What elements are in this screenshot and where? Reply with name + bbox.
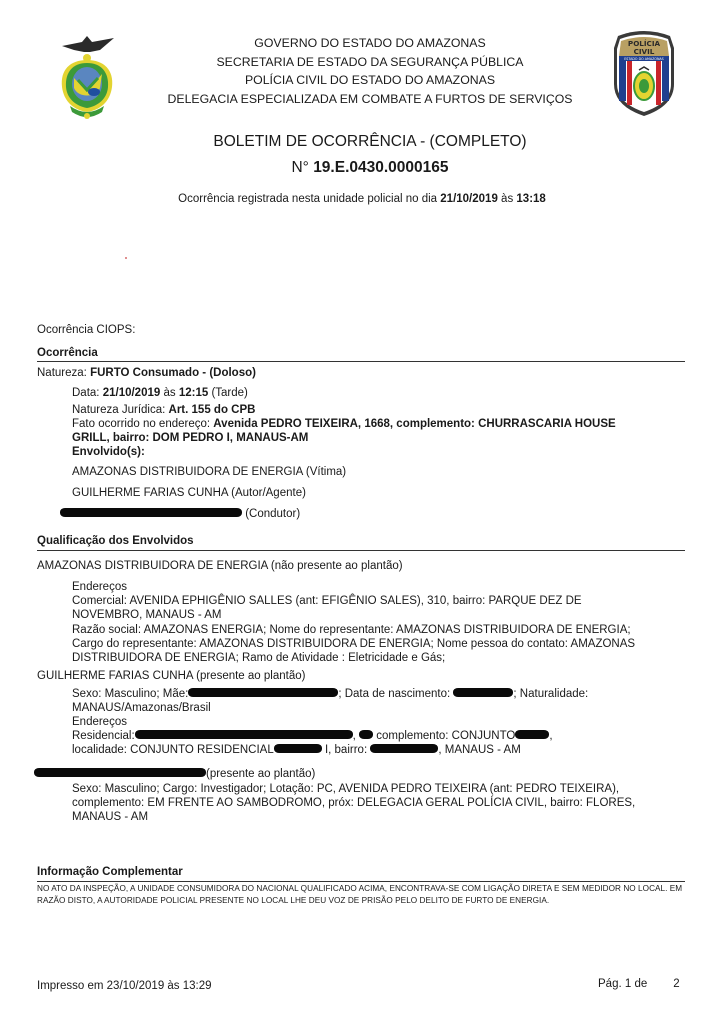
envolvido-item: AMAZONAS DISTRIBUIDORA DE ENERGIA (Vítim… [72, 465, 346, 479]
endereco-row: Fato ocorrido no endereço: Avenida PEDRO… [72, 417, 616, 431]
registration-prefix: Ocorrência registrada nesta unidade poli… [178, 193, 437, 205]
person1-heading: AMAZONAS DISTRIBUIDORA DE ENERGIA (não p… [37, 559, 403, 573]
printed-timestamp: Impresso em 23/10/2019 às 13:29 [37, 980, 212, 992]
person2-residencial-row: Residencial:, complemento: CONJUNTO, [72, 729, 553, 743]
redacted-person3-name [34, 768, 206, 777]
redacted-name [60, 508, 242, 517]
section-title-informacao: Informação Complementar [37, 866, 183, 878]
svg-text:ESTADO DO AMAZONAS: ESTADO DO AMAZONAS [624, 57, 664, 61]
header-line-government: GOVERNO DO ESTADO DO AMAZONAS [140, 34, 600, 53]
envolvido-role: (Autor/Agente) [231, 487, 306, 499]
person1-comercial: Comercial: AVENIDA EPHIGÊNIO SALLES (ant… [72, 594, 652, 622]
section-title-ocorrencia: Ocorrência [37, 347, 98, 359]
registration-line: Ocorrência registrada nesta unidade poli… [100, 193, 624, 205]
person2-cidade: , MANAUS - AM [438, 744, 520, 756]
envolvido-item: (Condutor) [60, 507, 300, 521]
person2-enderecos-label: Endereços [72, 715, 127, 729]
registration-time: 13:18 [516, 193, 545, 205]
person2-naturalidade-label: ; Naturalidade: [513, 688, 588, 700]
registration-date: 21/10/2019 [440, 193, 498, 205]
registration-connector: às [501, 193, 513, 205]
institution-header: GOVERNO DO ESTADO DO AMAZONAS SECRETARIA… [140, 34, 600, 108]
person3-heading: (presente ao plantão) [34, 767, 315, 781]
page-indicator: Pág. 1 de2 [598, 978, 680, 990]
ciops-label: Ocorrência CIOPS: [37, 324, 135, 336]
section-divider [37, 550, 685, 551]
data-connector: às [163, 387, 175, 399]
redacted-number [359, 730, 373, 739]
amazonas-coat-of-arms-icon [52, 32, 122, 122]
envolvido-name: AMAZONAS DISTRIBUIDORA DE ENERGIA [72, 466, 303, 478]
data-period: (Tarde) [211, 387, 247, 399]
page-label: Pág. 1 de [598, 978, 647, 990]
person3-status: (presente ao plantão) [206, 768, 315, 780]
endereco-label: Fato ocorrido no endereço: [72, 418, 210, 430]
person2-sexo-mae: Sexo: Masculino; Mãe: [72, 688, 188, 700]
envolvidos-label: Envolvido(s): [72, 445, 145, 459]
person1-enderecos-label: Endereços [72, 580, 127, 594]
data-date: 21/10/2019 [103, 387, 161, 399]
endereco-value-line1: Avenida PEDRO TEIXEIRA, 1668, complement… [213, 418, 615, 430]
envolvido-name: GUILHERME FARIAS CUNHA [72, 487, 228, 499]
redacted-birthdate [453, 688, 513, 697]
natureza-value: FURTO Consumado - (Doloso) [90, 367, 256, 379]
header-line-secretariat: SECRETARIA DE ESTADO DA SEGURANÇA PÚBLIC… [140, 53, 600, 72]
data-label: Data: [72, 387, 100, 399]
redacted-mother-name [188, 688, 338, 697]
person2-sexo-row: Sexo: Masculino; Mãe:; Data de nasciment… [72, 687, 588, 701]
natureza-row: Natureza: FURTO Consumado - (Doloso) [37, 366, 256, 380]
redacted-localidade [274, 744, 322, 753]
person2-nascimento-label: ; Data de nascimento: [338, 688, 450, 700]
natureza-label: Natureza: [37, 367, 87, 379]
redacted-street [135, 730, 353, 739]
header-line-police: POLÍCIA CIVIL DO ESTADO DO AMAZONAS [140, 71, 600, 90]
person1-details: Razão social: AMAZONAS ENERGIA; Nome do … [72, 623, 652, 665]
report-number-value: 19.E.0430.0000165 [313, 159, 448, 176]
natureza-juridica-label: Natureza Jurídica: [72, 404, 165, 416]
header-line-delegacia: DELEGACIA ESPECIALIZADA EM COMBATE A FUR… [140, 90, 600, 109]
report-number: N° 19.E.0430.0000165 [140, 155, 600, 181]
report-heading: BOLETIM DE OCORRÊNCIA - (COMPLETO) [140, 129, 600, 155]
section-title-qualificacao: Qualificação dos Envolvidos [37, 535, 194, 547]
person2-bairro-label: I, bairro: [325, 744, 367, 756]
report-title-block: BOLETIM DE OCORRÊNCIA - (COMPLETO) N° 19… [140, 129, 600, 181]
envolvido-role: (Condutor) [245, 508, 300, 520]
envolvido-item: GUILHERME FARIAS CUNHA (Autor/Agente) [72, 486, 306, 500]
section-divider [37, 881, 685, 882]
informacao-text: NO ATO DA INSPEÇÃO, A UNIDADE CONSUMIDOR… [37, 883, 697, 906]
natureza-juridica-value: Art. 155 do CPB [169, 404, 256, 416]
data-time: 12:15 [179, 387, 208, 399]
person2-localidade: localidade: CONJUNTO RESIDENCIAL [72, 744, 274, 756]
endereco-value-line2: GRILL, bairro: DOM PEDRO I, MANAUS-AM [72, 431, 308, 445]
scan-mark [125, 257, 127, 259]
person2-localidade-row: localidade: CONJUNTO RESIDENCIAL I, bair… [72, 743, 521, 757]
person2-naturalidade-value: MANAUS/Amazonas/Brasil [72, 701, 211, 715]
page-total: 2 [673, 978, 679, 990]
person2-residencial-label: Residencial: [72, 730, 135, 742]
person3-details: Sexo: Masculino; Cargo: Investigador; Lo… [72, 782, 672, 824]
svg-text:CIVIL: CIVIL [634, 47, 655, 56]
policia-civil-badge-icon: POLÍCIA CIVIL ESTADO DO AMAZONAS [610, 26, 678, 118]
redacted-bairro [370, 744, 438, 753]
envolvido-role: (Vítima) [306, 466, 346, 478]
section-divider [37, 361, 685, 362]
person2-complemento: complemento: CONJUNTO [376, 730, 515, 742]
report-number-prefix: N° [291, 159, 308, 176]
data-row: Data: 21/10/2019 às 12:15 (Tarde) [72, 386, 248, 400]
person2-heading: GUILHERME FARIAS CUNHA (presente ao plan… [37, 669, 305, 683]
natureza-juridica-row: Natureza Jurídica: Art. 155 do CPB [72, 403, 255, 417]
redacted-complemento [515, 730, 549, 739]
